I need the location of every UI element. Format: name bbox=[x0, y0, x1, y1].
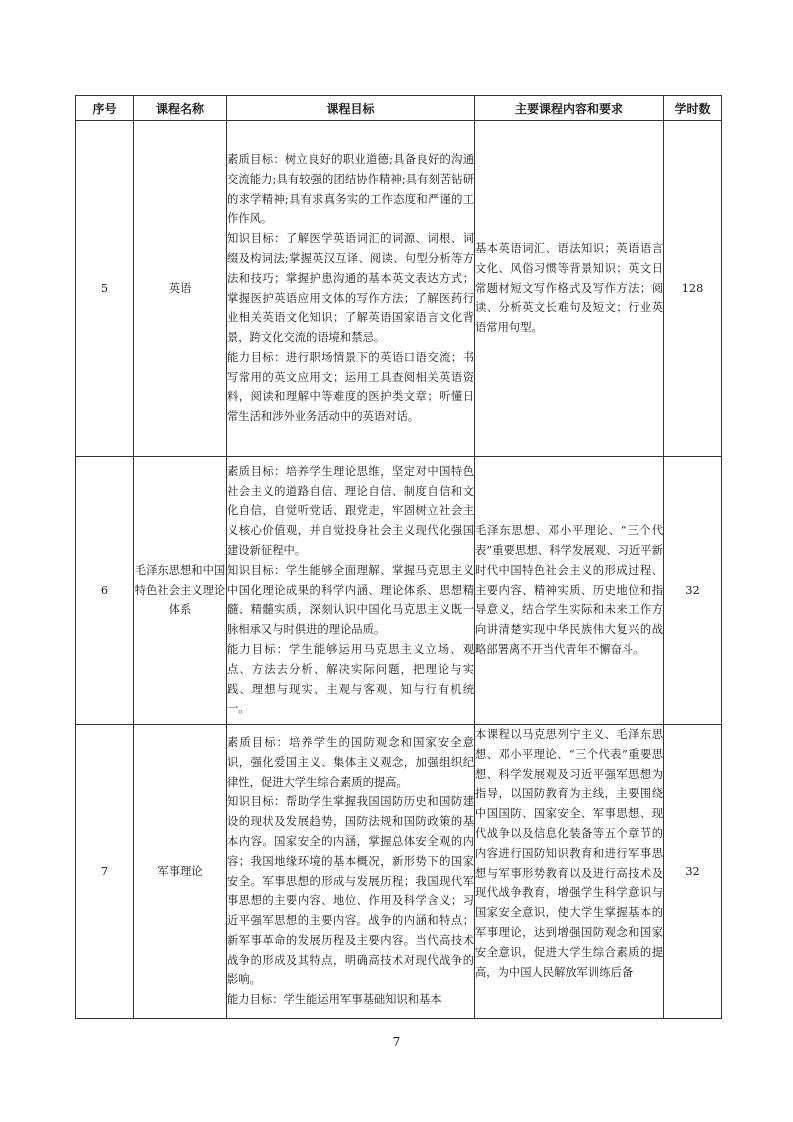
course-content: 本课程以马克思列宁主义、毛泽东思想、邓小平理论、“三个代表”重要思想、科学发展观… bbox=[475, 725, 664, 1019]
course-hours: 128 bbox=[664, 121, 722, 457]
course-goal: 素质目标：培养学生理论思维，坚定对中国特色社会主义的道路自信、理论自信、制度自信… bbox=[227, 457, 475, 725]
goal-ability: 能力目标：学生能够运用马克思主义立场、观点、方法去分析、解决实际问题，把理论与实… bbox=[227, 640, 474, 719]
header-course-goal: 课程目标 bbox=[227, 96, 475, 121]
content-text: 本课程以马克思列宁主义、毛泽东思想、邓小平理论、“三个代表”重要思想、科学发展观… bbox=[475, 725, 663, 982]
page-number: 7 bbox=[0, 1035, 793, 1049]
header-hours: 学时数 bbox=[664, 96, 722, 121]
course-goal: 素质目标：树立良好的职业道德;具备良好的沟通交流能力;具有较强的团结协作精神;具… bbox=[227, 121, 475, 457]
course-name: 英语 bbox=[134, 121, 227, 457]
row-num: 5 bbox=[76, 121, 134, 457]
content-text: 基本英语词汇、语法知识；英语语言文化、风俗习惯等背景知识；英文日常题材短文写作格… bbox=[475, 239, 663, 338]
course-hours: 32 bbox=[664, 457, 722, 725]
table-header-row: 序号 课程名称 课程目标 主要课程内容和要求 学时数 bbox=[76, 96, 722, 121]
header-num: 序号 bbox=[76, 96, 134, 121]
header-course-content: 主要课程内容和要求 bbox=[475, 96, 664, 121]
row-num: 6 bbox=[76, 457, 134, 725]
document-page: 序号 课程名称 课程目标 主要课程内容和要求 学时数 5 英语 素质目标：树立良… bbox=[0, 0, 793, 1122]
table-row: 7 军事理论 素质目标：培养学生的国防观念和国家安全意识，强化爱国主义、集体主义… bbox=[76, 725, 722, 1019]
course-hours: 32 bbox=[664, 725, 722, 1019]
course-content: 毛泽东思想、邓小平理论、“三个代表”重要思想、科学发展观、习近平新时代中国特色社… bbox=[475, 457, 664, 725]
course-name: 军事理论 bbox=[134, 725, 227, 1019]
header-course-name: 课程名称 bbox=[134, 96, 227, 121]
goal-ability: 能力目标：学生能运用军事基础知识和基本 bbox=[227, 990, 474, 1010]
goal-ability: 能力目标：进行职场情景下的英语口语交流；书写常用的英文应用文；运用工具查阅相关英… bbox=[227, 348, 474, 427]
goal-quality: 素质目标：培养学生的国防观念和国家安全意识，强化爱国主义、集体主义观念，加强组织… bbox=[227, 733, 474, 792]
table-row: 5 英语 素质目标：树立良好的职业道德;具备良好的沟通交流能力;具有较强的团结协… bbox=[76, 121, 722, 457]
course-goal: 素质目标：培养学生的国防观念和国家安全意识，强化爱国主义、集体主义观念，加强组织… bbox=[227, 725, 475, 1019]
row-num: 7 bbox=[76, 725, 134, 1019]
goal-quality: 素质目标：培养学生理论思维，坚定对中国特色社会主义的道路自信、理论自信、制度自信… bbox=[227, 462, 474, 561]
goal-knowledge: 知识目标：了解医学英语词汇的词源、词根、词缀及构词法;掌握英汉互译、阅读、句型分… bbox=[227, 229, 474, 348]
table-row: 6 毛泽东思想和中国特色社会主义理论体系 素质目标：培养学生理论思维，坚定对中国… bbox=[76, 457, 722, 725]
course-name: 毛泽东思想和中国特色社会主义理论体系 bbox=[134, 457, 227, 725]
goal-knowledge: 知识目标：学生能够全面理解、掌握马克思主义中国化理论成果的科学内涵、理论体系、思… bbox=[227, 561, 474, 640]
goal-quality: 素质目标：树立良好的职业道德;具备良好的沟通交流能力;具有较强的团结协作精神;具… bbox=[227, 150, 474, 229]
course-table: 序号 课程名称 课程目标 主要课程内容和要求 学时数 5 英语 素质目标：树立良… bbox=[75, 95, 722, 1019]
goal-knowledge: 知识目标：帮助学生掌握我国国防历史和国防建设的现状及发展趋势，国防法规和国防政策… bbox=[227, 792, 474, 990]
content-text: 毛泽东思想、邓小平理论、“三个代表”重要思想、科学发展观、习近平新时代中国特色社… bbox=[475, 521, 663, 660]
course-content: 基本英语词汇、语法知识；英语语言文化、风俗习惯等背景知识；英文日常题材短文写作格… bbox=[475, 121, 664, 457]
